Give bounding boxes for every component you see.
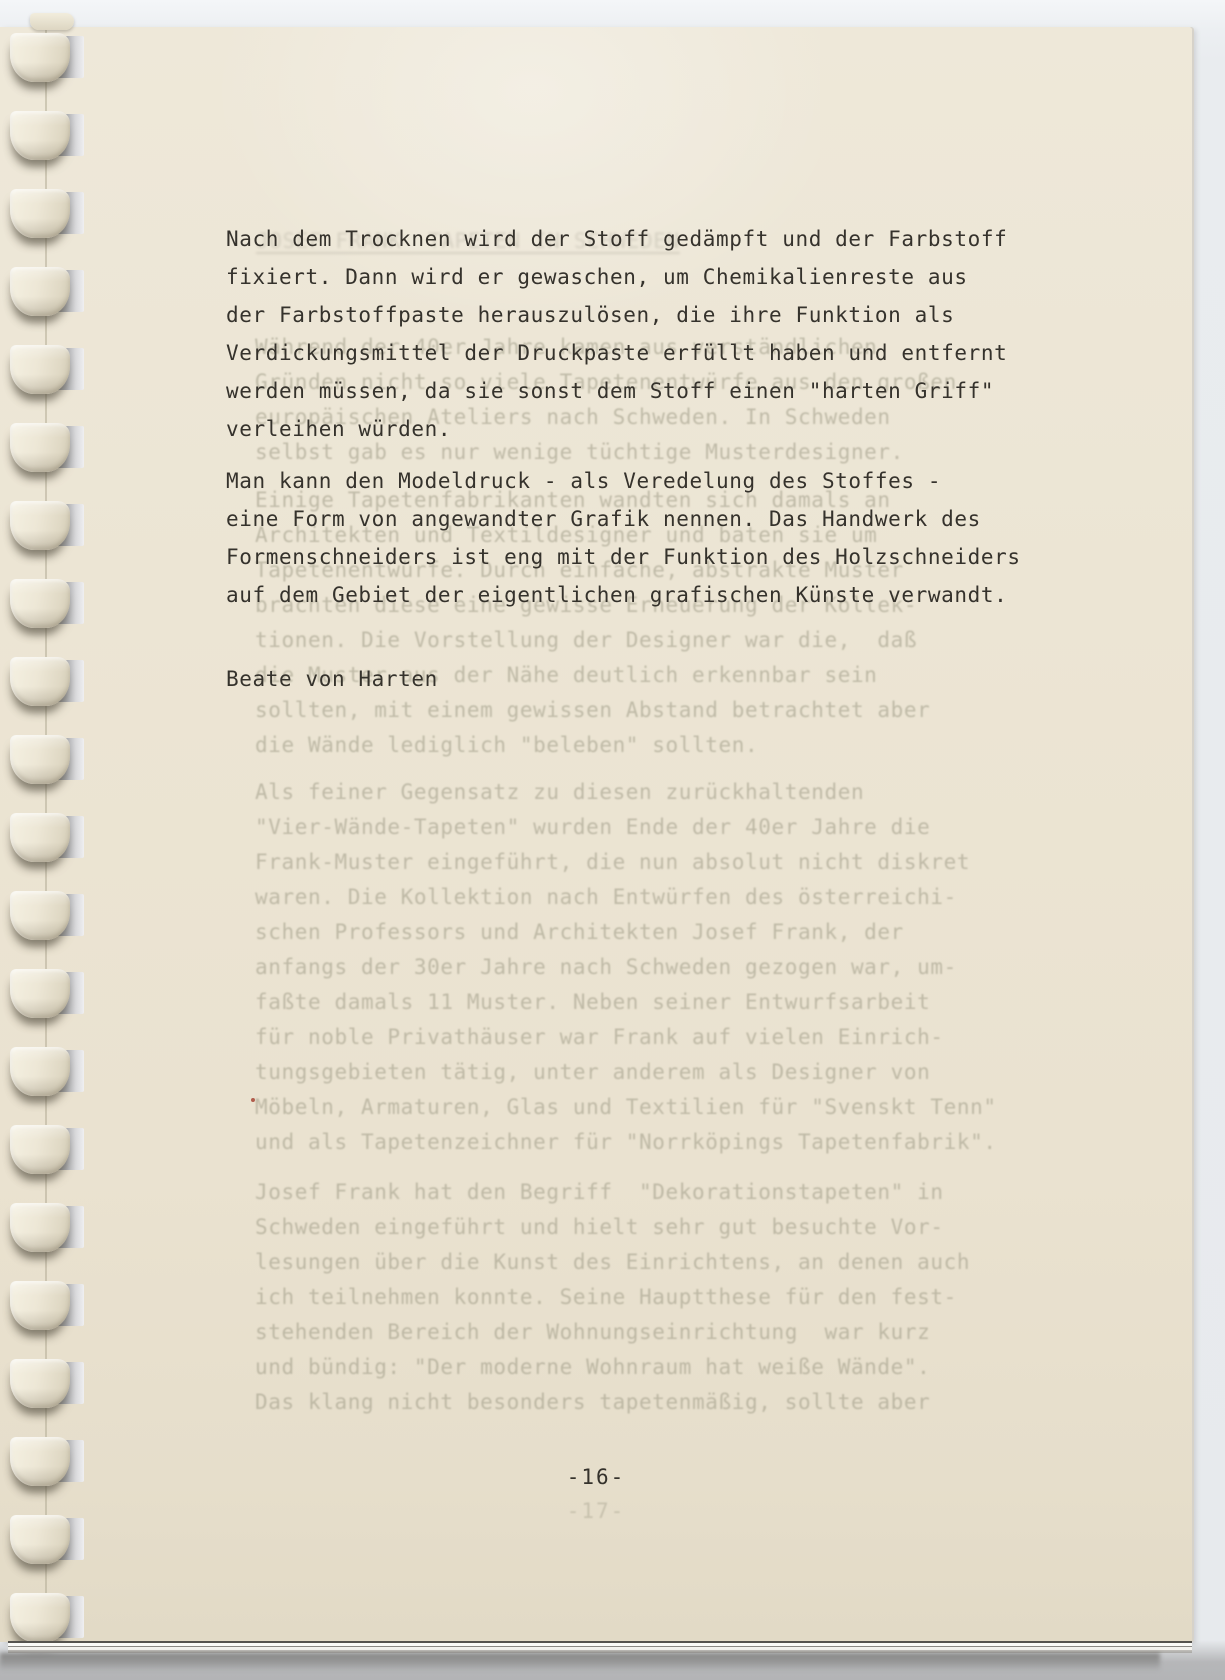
- text-line: Nach dem Trocknen wird der Stoff gedämpf…: [226, 220, 1007, 258]
- ghost-page-number: -17-: [0, 1494, 1192, 1529]
- binding-ring: [10, 579, 88, 631]
- binding-ring: [10, 735, 88, 787]
- binding-ring: [10, 501, 88, 553]
- ring-body: [10, 1125, 70, 1174]
- ring-body: [10, 1593, 70, 1642]
- page-number: -16-: [0, 1458, 1192, 1496]
- text-line: sollten, mit einem gewissen Abstand betr…: [255, 693, 930, 728]
- binding-ring: [10, 423, 88, 475]
- binding-ring: [10, 345, 88, 397]
- text-line: und bündig: "Der moderne Wohnraum hat we…: [255, 1350, 970, 1385]
- text-line: faßte damals 11 Muster. Neben seiner Ent…: [255, 985, 997, 1020]
- text-line: eine Form von angewandter Grafik nennen.…: [226, 500, 1021, 538]
- binding-ring: [10, 1125, 88, 1177]
- ring-body: [10, 111, 70, 160]
- text-line: verleihen würden.: [226, 410, 1007, 448]
- text-line: der Farbstoffpaste herauszulösen, die ih…: [226, 296, 1007, 334]
- ring-body: [10, 1437, 70, 1486]
- binding-ring: [10, 1281, 88, 1333]
- ghost-paragraph-4: Josef Frank hat den Begriff "Dekorations…: [255, 1175, 970, 1420]
- text-line: Als feiner Gegensatz zu diesen zurückhal…: [255, 775, 997, 810]
- binding-ring: [10, 1593, 88, 1645]
- binding-ring: [10, 1203, 88, 1255]
- text-line: fixiert. Dann wird er gewaschen, um Chem…: [226, 258, 1007, 296]
- text-line: Schweden eingeführt und hielt sehr gut b…: [255, 1210, 970, 1245]
- binding-ring: [10, 1437, 88, 1489]
- ring-body: [10, 579, 70, 628]
- ring-body: [10, 189, 70, 238]
- text-line: tungsgebieten tätig, unter anderem als D…: [255, 1055, 997, 1090]
- text-line: ich teilnehmen konnte. Seine Hauptthese …: [255, 1280, 970, 1315]
- text-line: tionen. Die Vorstellung der Designer war…: [255, 623, 930, 658]
- text-line: auf dem Gebiet der eigentlichen grafisch…: [226, 576, 1021, 614]
- paper-speck: [251, 1098, 255, 1102]
- scanned-page-scene: JOSEF FRANK TAPETEN IN SCHWEDEN Während …: [0, 0, 1225, 1680]
- text-line: die Wände lediglich "beleben" sollten.: [255, 728, 930, 763]
- typed-paragraph-1: Nach dem Trocknen wird der Stoff gedämpf…: [226, 220, 1007, 448]
- author-signature: Beate von Harten: [226, 660, 438, 698]
- ring-body: [10, 1203, 70, 1252]
- binding-ring: [10, 189, 88, 241]
- text-line: und als Tapetenzeichner für "Norrköpings…: [255, 1125, 997, 1160]
- ring-body: [10, 33, 70, 82]
- ring-body: [10, 423, 70, 472]
- ring-body: [10, 345, 70, 394]
- binding-ring: [10, 813, 88, 865]
- ring-body: [10, 267, 70, 316]
- binding-ring: [10, 969, 88, 1021]
- page-stack-edge: [8, 1641, 1192, 1653]
- text-line: schen Professors und Architekten Josef F…: [255, 915, 997, 950]
- ring-body: [10, 657, 70, 706]
- text-line: Formenschneiders ist eng mit der Funktio…: [226, 538, 1021, 576]
- binding-ring: [10, 891, 88, 943]
- binding-ring: [10, 1359, 88, 1411]
- text-line: für noble Privathäuser war Frank auf vie…: [255, 1020, 997, 1055]
- text-line: Verdickungsmittel der Druckpaste erfüllt…: [226, 334, 1007, 372]
- ghost-paragraph-3: Als feiner Gegensatz zu diesen zurückhal…: [255, 775, 997, 1160]
- ring-body: [10, 969, 70, 1018]
- text-line: Das klang nicht besonders tapetenmäßig, …: [255, 1385, 970, 1420]
- ring-body: [10, 1281, 70, 1330]
- ring-body: [10, 501, 70, 550]
- text-line: waren. Die Kollektion nach Entwürfen des…: [255, 880, 997, 915]
- ring-body: [10, 813, 70, 862]
- text-line: werden müssen, da sie sonst dem Stoff ei…: [226, 372, 1007, 410]
- text-line: stehenden Bereich der Wohnungseinrichtun…: [255, 1315, 970, 1350]
- text-line: anfangs der 30er Jahre nach Schweden gez…: [255, 950, 997, 985]
- ring-body: [10, 735, 70, 784]
- binding-ring: [10, 33, 88, 85]
- ring-body: [10, 1515, 70, 1564]
- binding-ring: [10, 1047, 88, 1099]
- text-line: Man kann den Modeldruck - als Veredelung…: [226, 462, 1021, 500]
- ring-body: [10, 1047, 70, 1096]
- typed-paragraph-2: Man kann den Modeldruck - als Veredelung…: [226, 462, 1021, 614]
- page-stack-shadow: [0, 1653, 1160, 1671]
- binding-ring: [10, 1515, 88, 1567]
- text-line: Josef Frank hat den Begriff "Dekorations…: [255, 1175, 970, 1210]
- text-line: "Vier-Wände-Tapeten" wurden Ende der 40e…: [255, 810, 997, 845]
- binding-ring: [10, 657, 88, 709]
- text-line: Frank-Muster eingeführt, die nun absolut…: [255, 845, 997, 880]
- binding-ring: [10, 111, 88, 163]
- binding-ring-nub: [30, 13, 74, 30]
- text-line: Möbeln, Armaturen, Glas und Textilien fü…: [255, 1090, 997, 1125]
- text-line: lesungen über die Kunst des Einrichtens,…: [255, 1245, 970, 1280]
- binding-ring: [10, 267, 88, 319]
- ring-body: [10, 1359, 70, 1408]
- ring-body: [10, 891, 70, 940]
